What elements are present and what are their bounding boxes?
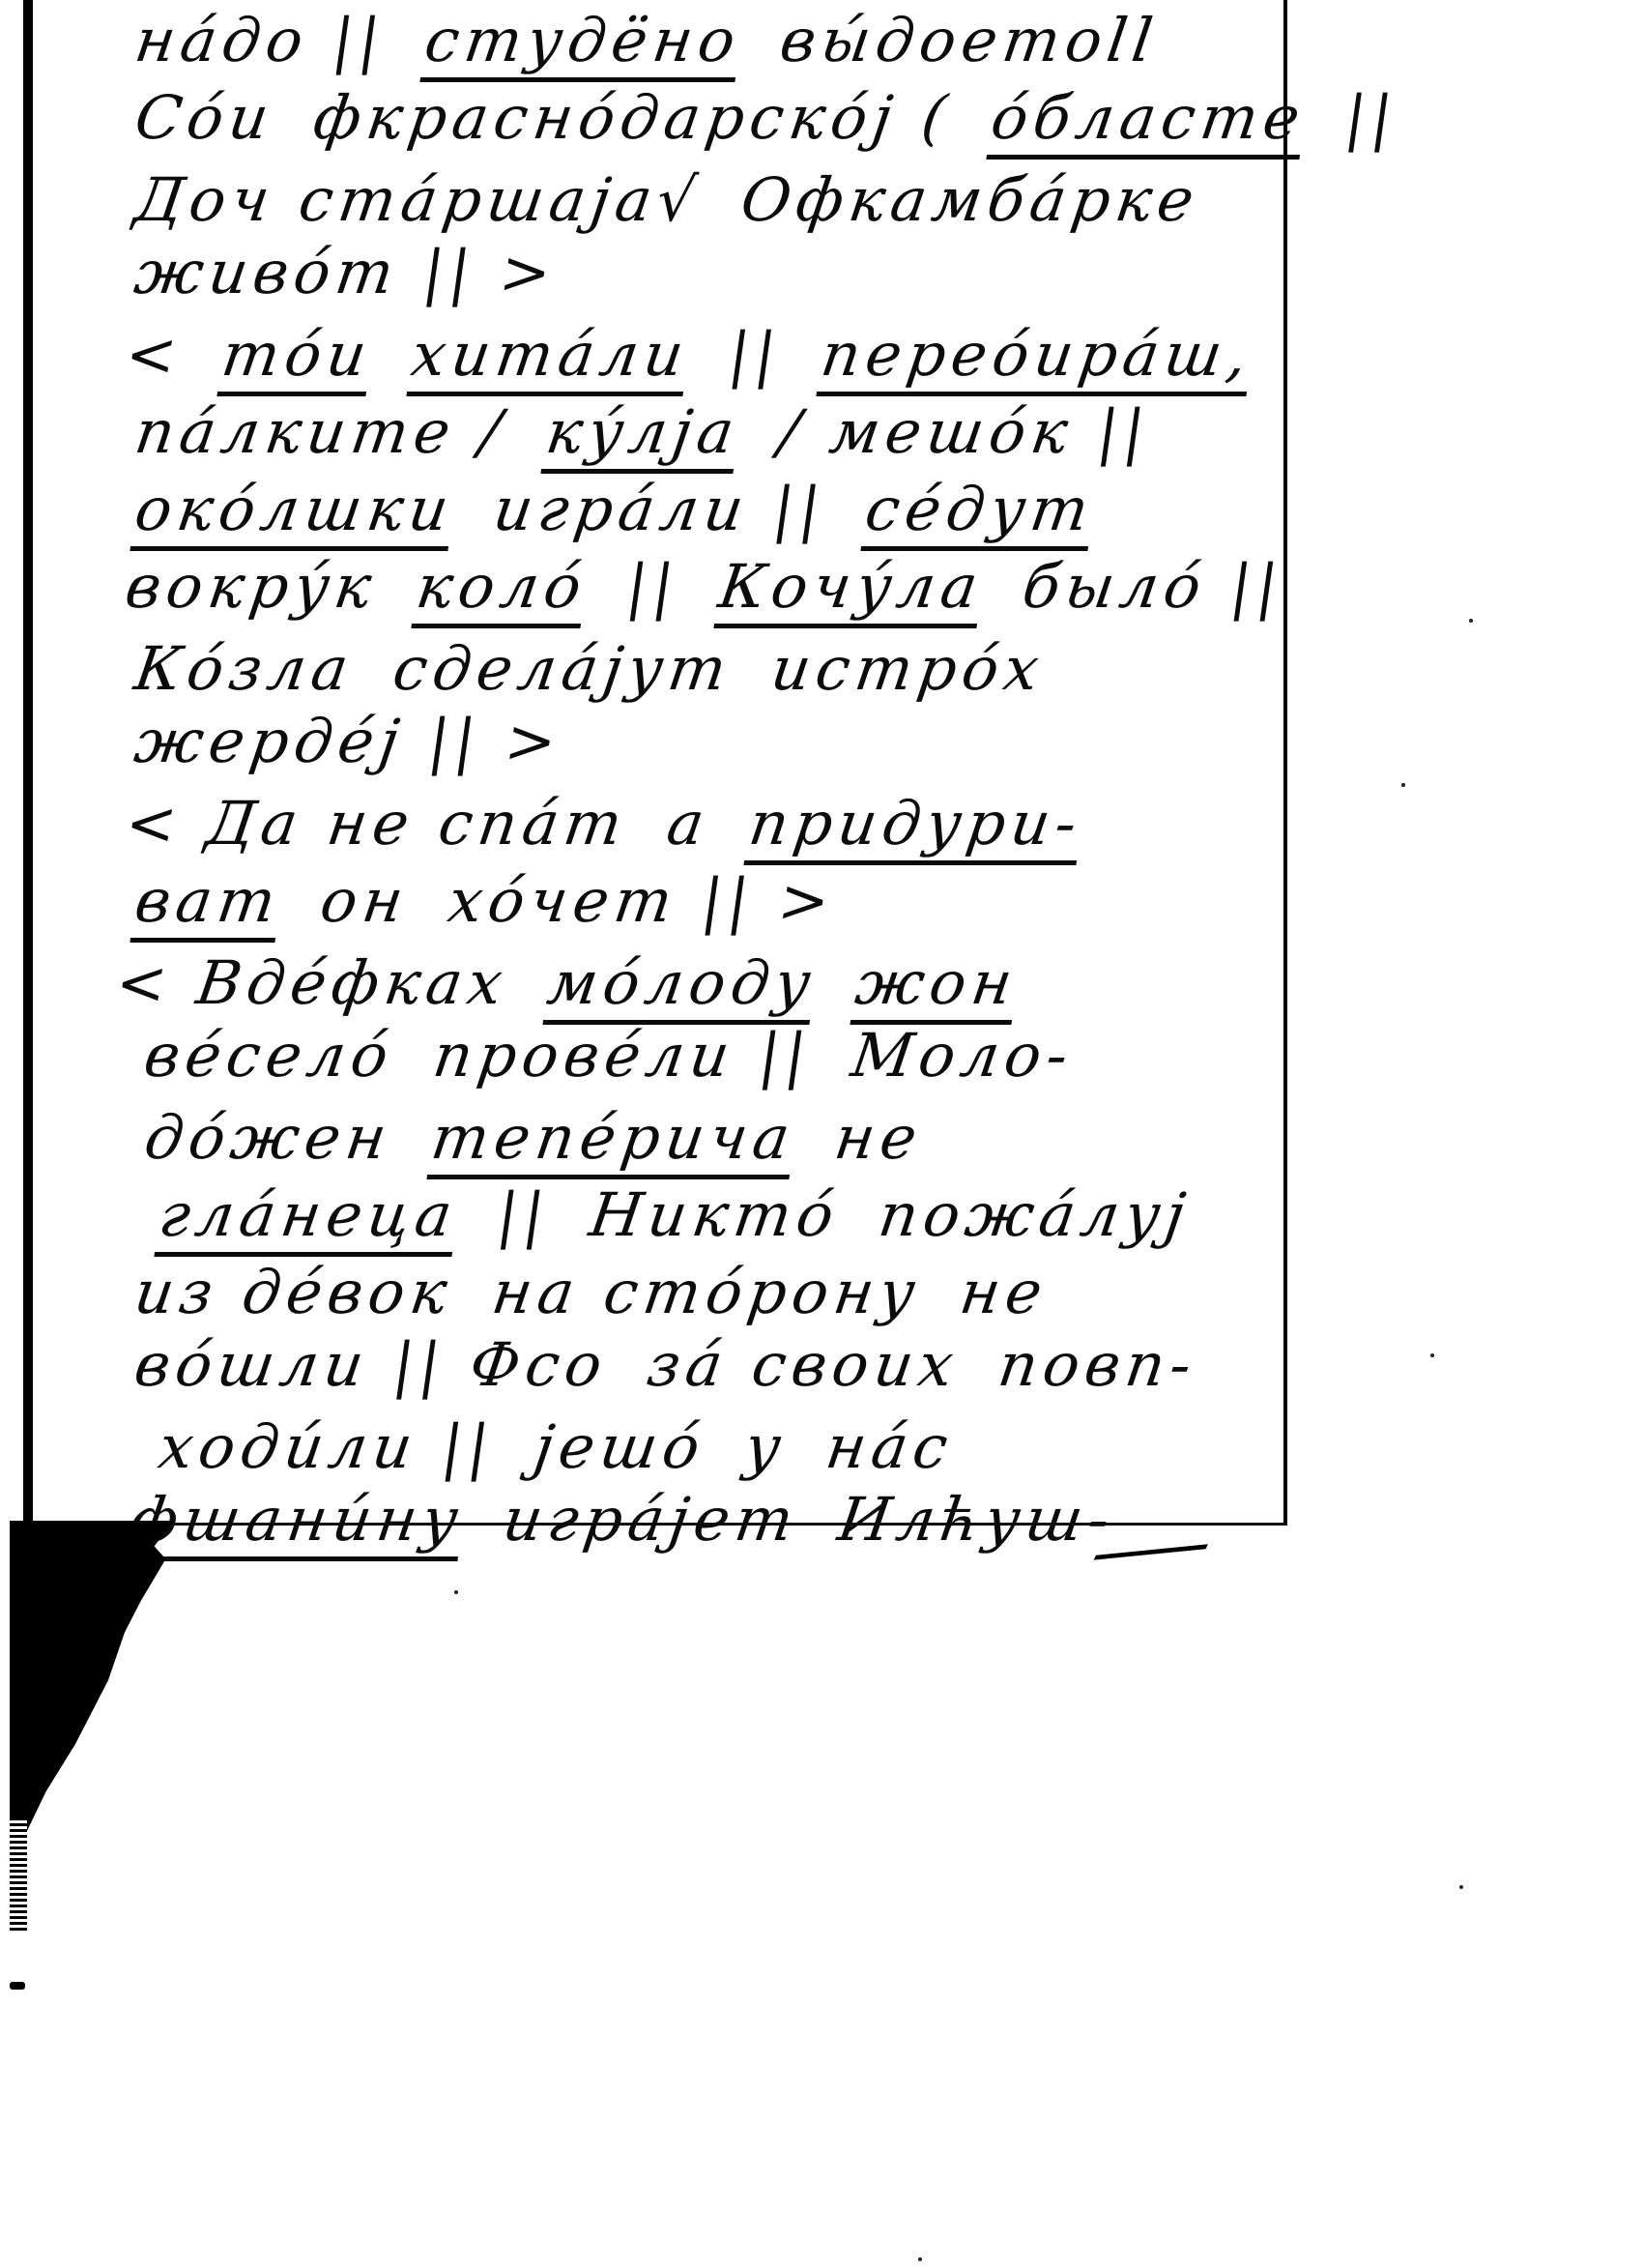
underlined-word: перео́ирáш, (816, 319, 1257, 396)
handwritten-line: <то́ихитáли||перео́ирáш, (120, 319, 1297, 396)
word: Доч стáршаја√ (130, 164, 706, 235)
handwritten-line: ве́село́прове́ли ||Моло- (140, 1020, 1118, 1090)
word: Илћуш- (834, 1484, 1119, 1555)
word: а (663, 788, 714, 858)
word: фкрасно́дарско́ј ( (309, 82, 957, 153)
handwritten-line: < Вде́фкахмо́лодужон (110, 947, 1062, 1025)
handwritten-line: пáлките /ку́лја/ мешо́к || (130, 396, 1196, 474)
scan-speck (1469, 619, 1473, 623)
word: прове́ли || (429, 1020, 817, 1090)
word: у (740, 1411, 791, 1482)
word: < Да не спáт (121, 788, 632, 858)
word: ве́село́ (140, 1020, 398, 1090)
word: он (316, 865, 413, 936)
word: из де́вок (130, 1257, 457, 1327)
handwritten-line: вокру́кколо́||Кочу́лабыло́ || (120, 551, 1328, 628)
handwritten-line: до́жентепе́ричане (139, 1102, 967, 1179)
word: жерде́ј || > (130, 706, 566, 776)
word: / мешо́к || (774, 396, 1155, 467)
underlined-word: студёно (419, 5, 745, 82)
underlined-word: тепе́рича (426, 1102, 800, 1179)
word: хо́чет || > (444, 865, 840, 936)
underlined-word: глáнеца (154, 1179, 462, 1257)
handwritten-line: во́шли || Фсозá своихповп- (130, 1329, 1242, 1400)
word: Ко́зла (130, 633, 359, 704)
handwritten-line: фшани́нуигрáјетИлћуш- (125, 1484, 1160, 1561)
word: повп- (994, 1329, 1201, 1400)
scan-speck (1430, 1353, 1434, 1357)
scan-speck (1401, 783, 1405, 787)
word: живо́т || > (130, 237, 562, 307)
word: вокру́к (121, 551, 381, 622)
scan-speck (1459, 1885, 1463, 1889)
handwritten-line: Доч стáршаја√Офкамбáрке (130, 164, 1245, 235)
handwritten-line: глáнеца||Никто́пожáлуј (154, 1179, 1235, 1257)
underlined-word: фшани́ну (125, 1484, 468, 1561)
underlined-word: окóлшки (130, 474, 458, 551)
underlined-word: Кочу́ла (713, 551, 988, 628)
word: || (622, 551, 684, 622)
underlined-word: хитáли (406, 319, 693, 396)
handwritten-line: на́до ||студёновы́доетоll (130, 5, 1202, 82)
word: на́до || (130, 5, 389, 75)
scan-edge-marks (10, 1817, 27, 1934)
handwritten-line: жерде́ј || > (130, 706, 607, 776)
handwritten-line: окóлшкиигрáли ||се́дут (130, 474, 1139, 551)
word: не (956, 1257, 1052, 1327)
word: Никто́ (586, 1179, 844, 1250)
underlined-word: жон (850, 947, 1023, 1025)
handwritten-line: Со́ифкрасно́дарско́ј (о́бласте|| (130, 82, 1443, 160)
word: || (724, 319, 786, 390)
word: не (830, 1102, 927, 1173)
word: до́жен (140, 1102, 396, 1173)
word: игрáјет (499, 1484, 803, 1555)
word: было́ || (1019, 551, 1288, 622)
word: јешо́ (530, 1411, 709, 1482)
scan-edge-mark (10, 1982, 25, 1990)
word: ходи́ли || (155, 1411, 500, 1482)
underlined-word: коло́ (412, 551, 591, 628)
handwritten-line: живо́т || > (130, 237, 602, 307)
scan-shadow-blot (10, 1521, 174, 1840)
word: вы́доетоll (776, 5, 1163, 75)
underlined-word: се́дут (860, 474, 1099, 551)
word: зá своих (643, 1329, 964, 1400)
handwritten-line: из де́вокна сто́ронуне (130, 1257, 1093, 1327)
word: Со́и (130, 82, 278, 153)
word: на сто́рону (488, 1257, 925, 1327)
scan-speck (918, 2257, 922, 2261)
word: нáс (821, 1411, 958, 1482)
word: пожáлуј (875, 1179, 1196, 1250)
word: игрáли || (489, 474, 830, 544)
handwritten-line: ватонхо́чет || > (130, 865, 880, 943)
handwritten-line: ходи́ли ||јешо́унáс (155, 1411, 998, 1482)
underlined-word: ку́лја (541, 396, 744, 474)
word: < (121, 319, 187, 390)
word: истро́х (767, 633, 1050, 704)
word: во́шли || Фсо (130, 1329, 613, 1400)
word: Моло- (847, 1020, 1078, 1090)
word: сдела́јут (389, 633, 735, 704)
underlined-word: ват (130, 865, 285, 943)
word: || (493, 1179, 555, 1250)
word: пáлките / (130, 396, 511, 467)
underlined-word: придури- (744, 788, 1087, 865)
word: || (1340, 82, 1402, 153)
handwritten-line: < Да не спáтапридури- (120, 788, 1127, 865)
underlined-word: мо́лоду (542, 947, 821, 1025)
scan-speck (454, 1590, 458, 1594)
underlined-word: то́и (216, 319, 376, 396)
underlined-word: о́бласте (986, 82, 1310, 160)
handwritten-line: Ко́зласдела́јутистро́х (130, 633, 1089, 704)
word: < Вде́фках (111, 947, 512, 1018)
word: Офкамбáрке (736, 164, 1203, 235)
